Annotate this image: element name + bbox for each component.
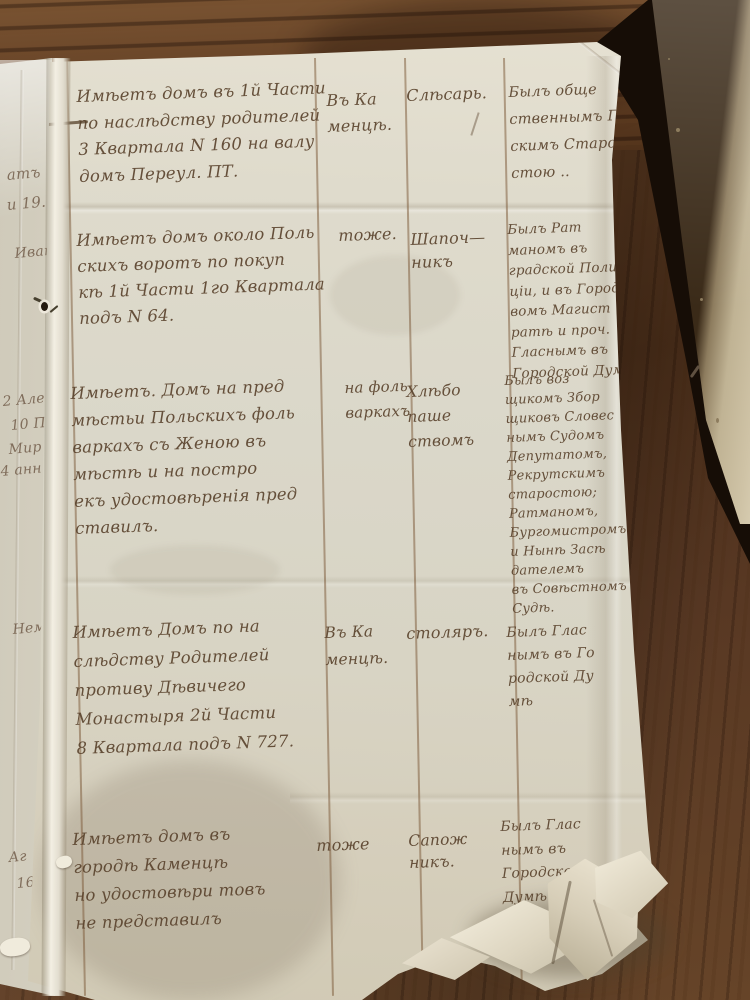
margin-fragment: Аг (8, 848, 27, 866)
entry-1-trade: Слѣсарь. (406, 83, 487, 105)
entry-3-trade: Хлѣбо паше ствомъ (406, 378, 475, 455)
entry-2-trade: Шапоч— никъ (410, 225, 486, 274)
ink-showthrough (110, 545, 280, 595)
entry-3-description: Имѣетъ. Домъ на пред мѣстьи Польскихъ фо… (70, 372, 299, 542)
paper-speck (676, 128, 680, 132)
entry-1-residence: Въ Ка менцѣ. (326, 86, 393, 140)
paper-speck (668, 58, 670, 60)
paper-crease (56, 202, 622, 214)
entry-3-residence: на фоль варкахъ (344, 374, 411, 426)
margin-fragment: атъ (6, 163, 41, 184)
entry-3-service: Былъ воз щикомъ Збор щиковъ Словес нымъ … (504, 368, 629, 619)
entry-4-description: Имѣетъ Домъ по на слѣдству Родителей про… (72, 610, 295, 763)
paper-speck (700, 298, 703, 301)
entry-4-trade: столяръ. (406, 621, 489, 643)
margin-fragment: Мир (8, 439, 42, 458)
entry-5-description: Имѣетъ домъ въ городѣ Каменцѣ но удостов… (72, 819, 267, 938)
entry-5-service: Былъ Глас нымъ въ Городской Думѣ Нынѣ ро… (500, 813, 585, 957)
entry-5-residence: тоже (316, 834, 370, 855)
page-curl-highlight (0, 60, 52, 250)
photo-of-manuscript: атъ и 19. Иванъ 2 Алек 10 Пер Мир 4 анн … (0, 0, 750, 1000)
stitch-hole (41, 302, 48, 311)
entry-4-residence: Въ Ка менцѣ. (324, 618, 389, 674)
paper-speck (716, 418, 719, 423)
margin-fragment: и 19. (6, 193, 47, 214)
entry-5-trade: Сапож никъ. (408, 828, 469, 874)
ink-stray-mark (470, 112, 479, 135)
entry-2-residence: тоже. (338, 224, 397, 245)
entry-2-description: Имѣетъ домъ около Поль скихъ воротъ по п… (76, 219, 326, 332)
entry-1-description: Имѣетъ домъ въ 1й Части по наслѣдству ро… (76, 75, 329, 190)
entry-4-service: Былъ Глас нымъ въ Го родской Ду мѣ (506, 619, 597, 714)
